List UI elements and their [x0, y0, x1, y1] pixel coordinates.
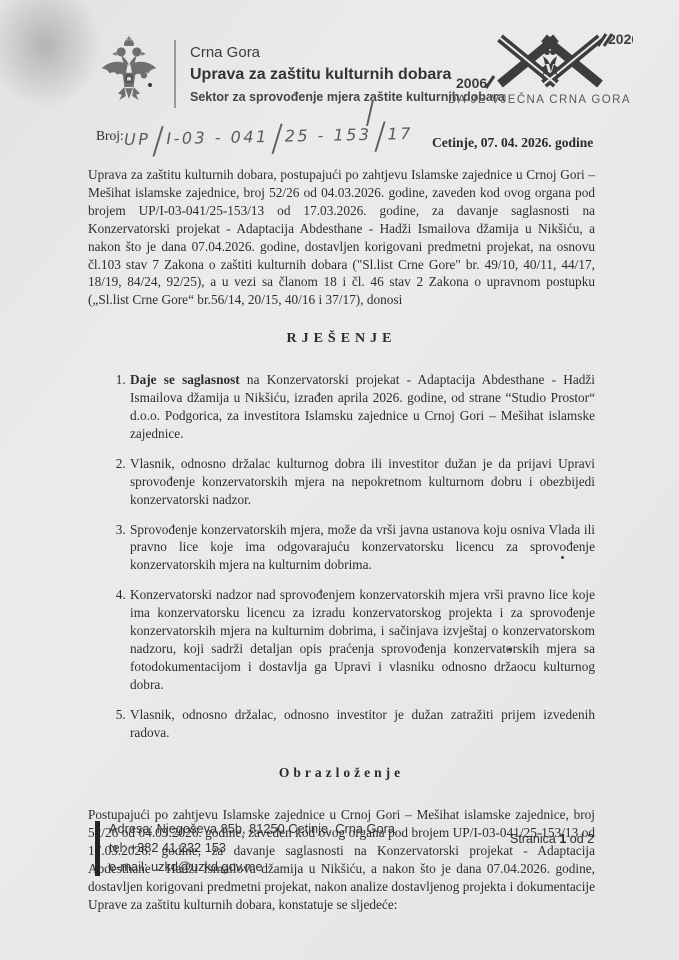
anniversary-year-end: 2026	[608, 31, 633, 47]
handwritten-reference-number: UPI-03 - 04125 - 15317	[124, 124, 413, 149]
handwritten-slash	[153, 126, 164, 156]
xx-anniversary-icon: 2026 2006	[448, 30, 633, 92]
rationale-heading: Obrazloženje	[88, 764, 595, 782]
montenegro-coat-of-arms-icon	[96, 35, 162, 113]
decision-item-4: Konzervatorski nadzor nad sprovođenjem k…	[129, 586, 595, 693]
footer-accent-bar	[95, 821, 100, 876]
footer-email: e-mail: uzkd@uzkd.gov.me	[109, 857, 595, 876]
scanned-document-page: Crna Gora Uprava za zaštitu kulturnih do…	[0, 0, 679, 960]
decision-items-list: Daje se saglasnost na Konzervatorski pro…	[88, 371, 595, 741]
decision-heading: RJEŠENJE	[88, 330, 595, 348]
letterhead-divider	[174, 40, 176, 108]
anniversary-tagline: DA JE VJEČNA CRNA GORA	[448, 94, 633, 106]
handwritten-slash	[374, 121, 385, 151]
page-number-current: 1	[559, 832, 566, 846]
anniversary-year-start: 2006	[456, 75, 487, 91]
intro-paragraph: Uprava za zaštitu kulturnih dobara, post…	[88, 166, 595, 309]
decision-item-1-lead: Daje se saglasnost	[130, 372, 240, 387]
reference-number-label: Broj:	[96, 128, 124, 143]
place-and-date: Cetinje, 07. 04. 2026. godine	[432, 135, 593, 151]
decision-item-3: Sprovođenje konzervatorskih mjera, može …	[129, 521, 595, 575]
letterhead: Crna Gora Uprava za zaštitu kulturnih do…	[96, 34, 505, 114]
decision-item-5: Vlasnik, odnosno držalac, odnosno invest…	[129, 706, 595, 742]
document-body: Uprava za zaštitu kulturnih dobara, post…	[88, 166, 595, 914]
anniversary-emblem: 2026 2006 DA JE VJEČNA CRNA GORA	[448, 30, 633, 106]
document-footer: Adresa: Njegoševa 85b, 81250 Cetinje, Cr…	[95, 819, 595, 876]
decision-item-1: Daje se saglasnost na Konzervatorski pro…	[129, 371, 595, 443]
handwritten-slash	[271, 123, 282, 153]
decision-item-2: Vlasnik, odnosno držalac kulturnog dobra…	[129, 455, 595, 509]
page-indicator: Stranica 1 od 2	[510, 832, 594, 846]
